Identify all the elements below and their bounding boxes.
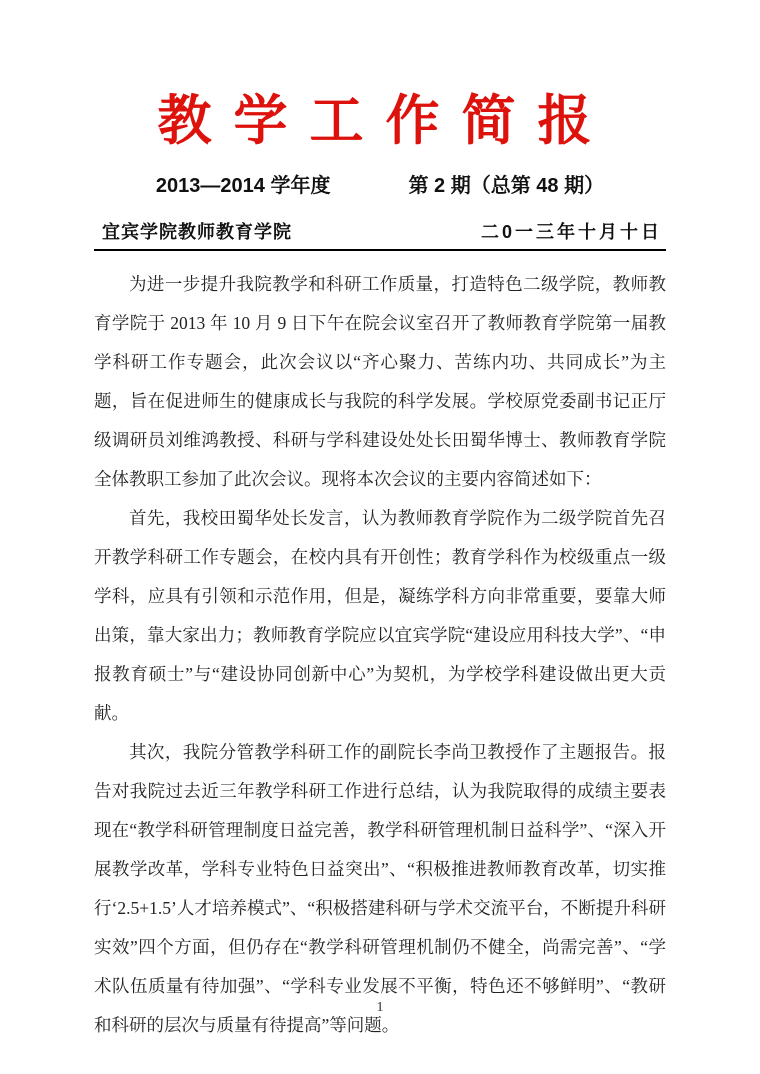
document-page: 教学工作简报 2013—2014 学年度 第 2 期（总第 48 期） 宜宾学院… [0, 0, 760, 1074]
document-title: 教学工作简报 [105, 92, 666, 151]
issue-date: 二0一三年十月十日 [481, 218, 662, 244]
subtitle-row: 2013—2014 学年度 第 2 期（总第 48 期） [94, 169, 666, 198]
document-content: 教学工作简报 2013—2014 学年度 第 2 期（总第 48 期） 宜宾学院… [94, 0, 666, 1045]
paragraph-first-speech: 首先，我校田蜀华处长发言，认为教师教育学院作为二级学院首先召开教学科研工作专题会… [94, 499, 666, 733]
masthead-rule-row: 宜宾学院教师教育学院 二0一三年十月十日 [94, 218, 666, 251]
page-number: 1 [0, 1000, 760, 1016]
issuing-organization: 宜宾学院教师教育学院 [102, 218, 292, 244]
paragraph-second-report: 其次，我院分管教学科研工作的副院长李尚卫教授作了主题报告。报告对我院过去近三年教… [94, 733, 666, 1045]
document-body: 为进一步提升我院教学和科研工作质量，打造特色二级学院，教师教育学院于 2013 … [94, 265, 666, 1045]
paragraph-intro: 为进一步提升我院教学和科研工作质量，打造特色二级学院，教师教育学院于 2013 … [94, 265, 666, 499]
issue-number: 第 2 期（总第 48 期） [408, 169, 604, 198]
academic-year: 2013—2014 学年度 [156, 169, 331, 198]
